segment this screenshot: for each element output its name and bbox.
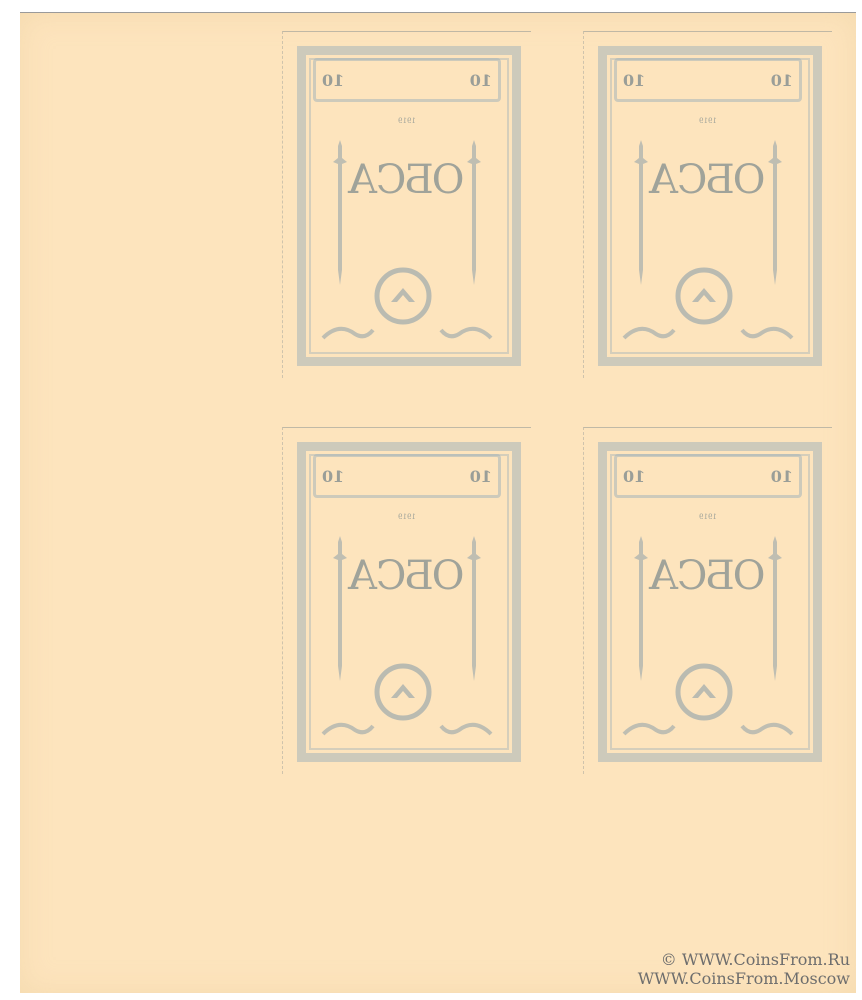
value-right: 10 — [623, 71, 645, 90]
value-left: 10 — [470, 467, 492, 486]
stamp-year: 1919 — [584, 513, 832, 521]
watermark: © WWW.CoinsFrom.Ru WWW.CoinsFrom.Moscow — [638, 950, 850, 988]
ornament-icon — [319, 716, 495, 738]
value-panel: 10 10 — [614, 58, 802, 102]
value-right: 10 — [623, 467, 645, 486]
value-right: 10 — [322, 71, 344, 90]
stamp-top-left: 10 10 1919 ОБСА — [282, 31, 531, 378]
value-panel: 10 10 — [313, 454, 501, 498]
stamp-caption: ОБСА — [584, 553, 832, 599]
stamp-caption: ОБСА — [283, 157, 531, 203]
value-left: 10 — [771, 71, 793, 90]
value-left: 10 — [771, 467, 793, 486]
ornament-icon — [620, 320, 796, 342]
watermark-line-2: WWW.CoinsFrom.Moscow — [638, 969, 850, 988]
emblem-icon — [371, 264, 435, 328]
paper-sheet: 10 10 1919 ОБСА 10 10 1919 ОБСА — [20, 12, 856, 993]
stamp-caption: ОБСА — [283, 553, 531, 599]
emblem-icon — [371, 660, 435, 724]
stamp-bottom-left: 10 10 1919 ОБСА — [282, 427, 531, 774]
ornament-icon — [319, 320, 495, 342]
value-right: 10 — [322, 467, 344, 486]
stamp-year: 1919 — [283, 117, 531, 125]
stamp-year: 1919 — [584, 117, 832, 125]
stamp-top-right: 10 10 1919 ОБСА — [583, 31, 832, 378]
value-panel: 10 10 — [614, 454, 802, 498]
stamp-bottom-right: 10 10 1919 ОБСА — [583, 427, 832, 774]
ornament-icon — [620, 716, 796, 738]
value-left: 10 — [470, 71, 492, 90]
stamp-caption: ОБСА — [584, 157, 832, 203]
stamp-year: 1919 — [283, 513, 531, 521]
emblem-icon — [672, 264, 736, 328]
emblem-icon — [672, 660, 736, 724]
watermark-line-1: © WWW.CoinsFrom.Ru — [638, 950, 850, 969]
value-panel: 10 10 — [313, 58, 501, 102]
